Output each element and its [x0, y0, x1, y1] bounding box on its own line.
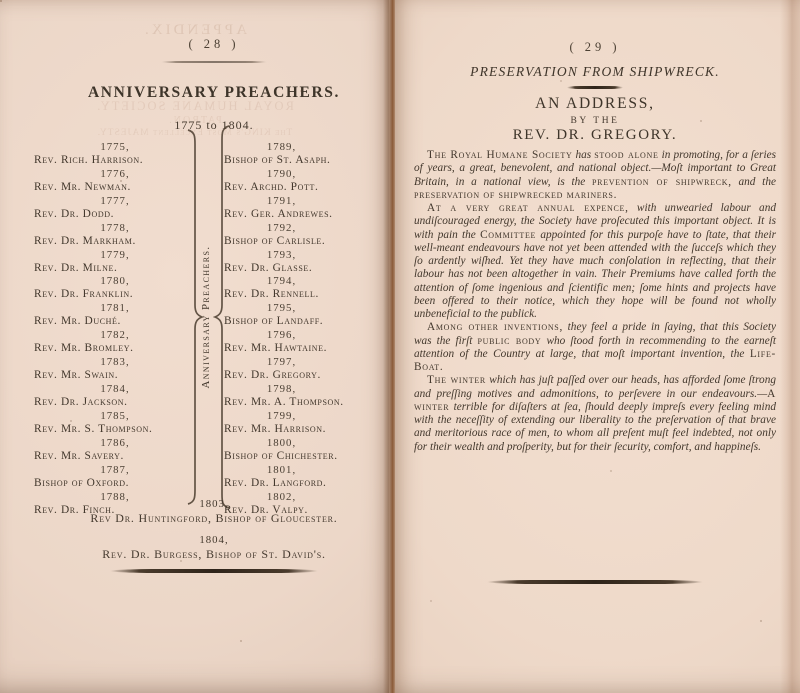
preacher-entry: 1781,Rev. Mr. Duché.: [34, 302, 196, 329]
text-segment: and the: [732, 176, 776, 188]
preacher-name: Rev. Archd. Pott.: [224, 181, 394, 195]
text-segment: At a very great annual expence,: [427, 202, 629, 214]
preacher-name: Rev. Mr. Duché.: [34, 315, 196, 329]
preacher-year: 1779,: [34, 249, 196, 262]
text-segment: terrible for diſaſters at ſea, ſhould de…: [414, 401, 776, 453]
preacher-year: 1798,: [224, 383, 339, 396]
text-segment: The Royal Humane Society: [427, 149, 572, 161]
preacher-name: Rev. Mr. Harrison.: [224, 423, 394, 437]
preacher-entry: 1793,Rev. Dr. Glasse.: [224, 249, 394, 276]
opening-brace: [213, 124, 231, 510]
preacher-entry: 1777,Rev. Dr. Dodd.: [34, 195, 196, 222]
preacher-name: Rev. Dr. Glasse.: [224, 262, 394, 276]
preacher-entry: 1789,Bishop of St. Asaph.: [224, 141, 394, 168]
left-page-title: ANNIVERSARY PREACHERS.: [34, 84, 394, 102]
text-segment: Among other inventions,: [427, 321, 563, 333]
header-rule: [161, 61, 267, 63]
preacher-entry: 1786,Rev. Mr. Savery.: [34, 437, 196, 464]
preacher-year: 1791,: [224, 195, 339, 208]
preacher-name: Bishop of Landaff.: [224, 315, 394, 329]
preacher-year: 1783,: [34, 356, 196, 369]
address-author: REV. DR. GREGORY.: [414, 127, 776, 144]
preacher-entry: 1775,Rev. Rich. Harrison.: [34, 141, 196, 168]
preacher-entry: 1783,Rev. Mr. Swain.: [34, 356, 196, 383]
left-page-content: ( 28 ) ANNIVERSARY PREACHERS. 1775 to 18…: [34, 0, 394, 693]
preacher-name: Rev. Dr. Jackson.: [34, 396, 196, 410]
preacher-entry: 1792,Bishop of Carlisle.: [224, 222, 394, 249]
body-paragraph: The Royal Humane Society has stood alone…: [414, 149, 776, 202]
preacher-name: Rev. Mr. Savery.: [34, 450, 196, 464]
preacher-year: 1777,: [34, 195, 196, 208]
preacher-name: Rev. Mr. S. Thompson.: [34, 423, 196, 437]
preacher-name: Rev. Dr. Langford.: [224, 477, 394, 491]
preacher-name: Rev. Mr. Bromley.: [34, 342, 196, 356]
preacher-year: 1797,: [224, 356, 339, 369]
text-segment: The winter: [427, 374, 486, 386]
preacher-year: 1785,: [34, 410, 196, 423]
left-column: 1775,Rev. Rich. Harrison.1776,Rev. Mr. N…: [34, 141, 196, 517]
preacher-entry: 1798,Rev. Mr. A. Thompson.: [224, 383, 394, 410]
preacher-name: Rev. Dr. Milne.: [34, 262, 196, 276]
right-page-number: ( 29 ): [414, 40, 776, 55]
preacher-name: Rev. Dr. Franklin.: [34, 288, 196, 302]
preacher-entry: 1776,Rev. Mr. Newman.: [34, 168, 196, 195]
preacher-name: Bishop of Carlisle.: [224, 235, 394, 249]
preacher-name: Rev. Mr. Newman.: [34, 181, 196, 195]
left-page-number: ( 28 ): [34, 37, 394, 52]
preacher-year: 1787,: [34, 464, 196, 477]
paper-specks: [0, 0, 2, 2]
address-byline: BY THE: [414, 116, 776, 126]
body-paragraph: The winter which has juſt paſſed over ou…: [414, 374, 776, 454]
preacher-entry: 1800,Bishop of Chichester.: [224, 437, 394, 464]
preacher-name: Rev. Rich. Harrison.: [34, 154, 196, 168]
body-paragraph: At a very great annual expence, with unw…: [414, 202, 776, 321]
preacher-year: 1801,: [224, 464, 339, 477]
preacher-entry: 1778,Rev. Dr. Markham.: [34, 222, 196, 249]
preacher-entry: 1790,Rev. Archd. Pott.: [224, 168, 394, 195]
preacher-entry: 1796,Rev. Mr. Hawtaine.: [224, 329, 394, 356]
right-page-end-rule: [487, 580, 703, 584]
preacher-year: 1795,: [224, 302, 339, 315]
preacher-year: 1775,: [34, 141, 196, 154]
preacher-name: Bishop of Oxford.: [34, 477, 196, 491]
text-segment: stood alone: [594, 149, 658, 161]
preacher-name: Bishop of Chichester.: [224, 450, 394, 464]
body-paragraph: Among other inventions, they feel a prid…: [414, 321, 776, 374]
preacher-entry: 1801,Rev. Dr. Langford.: [224, 464, 394, 491]
text-segment: public body: [478, 335, 542, 347]
left-page: ( 28 ) ANNIVERSARY PREACHERS. 1775 to 18…: [0, 0, 389, 693]
preacher-entry: 1785,Rev. Mr. S. Thompson.: [34, 410, 196, 437]
address-title: AN ADDRESS,: [414, 95, 776, 113]
preacher-year: 1799,: [224, 410, 339, 423]
preacher-name: Rev. Dr. Gregory.: [224, 369, 394, 383]
preacher-entry: 1782,Rev. Mr. Bromley.: [34, 329, 196, 356]
preacher-year: 1781,: [34, 302, 196, 315]
preacher-year: 1804,: [34, 534, 394, 547]
preacher-year: 1793,: [224, 249, 339, 262]
preacher-entry: 1784,Rev. Dr. Jackson.: [34, 383, 196, 410]
left-page-end-rule: [110, 569, 318, 573]
preacher-year: 1784,: [34, 383, 196, 396]
preacher-name: Rev. Dr. Burgess, Bishop of St. David's.: [34, 547, 394, 561]
preacher-name: Rev. Mr. Hawtaine.: [224, 342, 394, 356]
head-ornament: [567, 86, 623, 89]
preacher-year: 1789,: [224, 141, 339, 154]
text-segment: Committee: [480, 229, 536, 241]
right-page-content: ( 29 ) PRESERVATION FROM SHIPWRECK. AN A…: [414, 0, 776, 693]
preacher-year: 1776,: [34, 168, 196, 181]
preacher-entry: 1791,Rev. Ger. Andrewes.: [224, 195, 394, 222]
body-text: The Royal Humane Society has stood alone…: [414, 149, 776, 454]
preacher-year: 1796,: [224, 329, 339, 342]
preacher-entry: 1780,Rev. Dr. Franklin.: [34, 275, 196, 302]
preacher-entry: 1795,Bishop of Landaff.: [224, 302, 394, 329]
book-scan: ( 28 ) ANNIVERSARY PREACHERS. 1775 to 18…: [0, 0, 800, 693]
preacher-entry: 1794,Rev. Dr. Rennell.: [224, 275, 394, 302]
preacher-name: Rev. Ger. Andrewes.: [224, 208, 394, 222]
preacher-name: Rev. Mr. A. Thompson.: [224, 396, 394, 410]
text-segment: appointed for this purpoſe have to ſtate…: [414, 229, 776, 321]
preacher-entry: 1787,Bishop of Oxford.: [34, 464, 196, 491]
preacher-year: 1782,: [34, 329, 196, 342]
right-column: 1789,Bishop of St. Asaph.1790,Rev. Archd…: [224, 141, 394, 517]
preacher-name: Rev. Dr. Rennell.: [224, 288, 394, 302]
running-head: PRESERVATION FROM SHIPWRECK.: [414, 64, 776, 80]
preacher-entry: 1779,Rev. Dr. Milne.: [34, 249, 196, 276]
preacher-name: Rev. Dr. Dodd.: [34, 208, 196, 222]
footer-entries: 1803,Rev Dr. Huntingford, Bishop of Glou…: [34, 498, 394, 570]
text-segment: prevention of shipwreck,: [592, 176, 732, 188]
preacher-name: Rev Dr. Huntingford, Bishop of Glouceste…: [34, 511, 394, 525]
preacher-entry: 1799,Rev. Mr. Harrison.: [224, 410, 394, 437]
preacher-year: 1790,: [224, 168, 339, 181]
text-segment: preservation of shipwrecked mariners.: [414, 189, 617, 201]
right-page: ( 29 ) PRESERVATION FROM SHIPWRECK. AN A…: [395, 0, 800, 693]
vertical-brace-label: Anniversary Preachers.: [200, 246, 212, 389]
preacher-year: 1800,: [224, 437, 339, 450]
text-segment: has: [572, 149, 594, 161]
preacher-name: Bishop of St. Asaph.: [224, 154, 394, 168]
preacher-entry: 1797,Rev. Dr. Gregory.: [224, 356, 394, 383]
preacher-name: Rev. Mr. Swain.: [34, 369, 196, 383]
preacher-name: Rev. Dr. Markham.: [34, 235, 196, 249]
preacher-year: 1780,: [34, 275, 196, 288]
fore-edge: [780, 0, 800, 693]
preacher-year: 1794,: [224, 275, 339, 288]
preacher-year: 1792,: [224, 222, 339, 235]
preacher-year: 1786,: [34, 437, 196, 450]
preacher-year: 1803,: [34, 498, 394, 511]
preacher-year: 1778,: [34, 222, 196, 235]
